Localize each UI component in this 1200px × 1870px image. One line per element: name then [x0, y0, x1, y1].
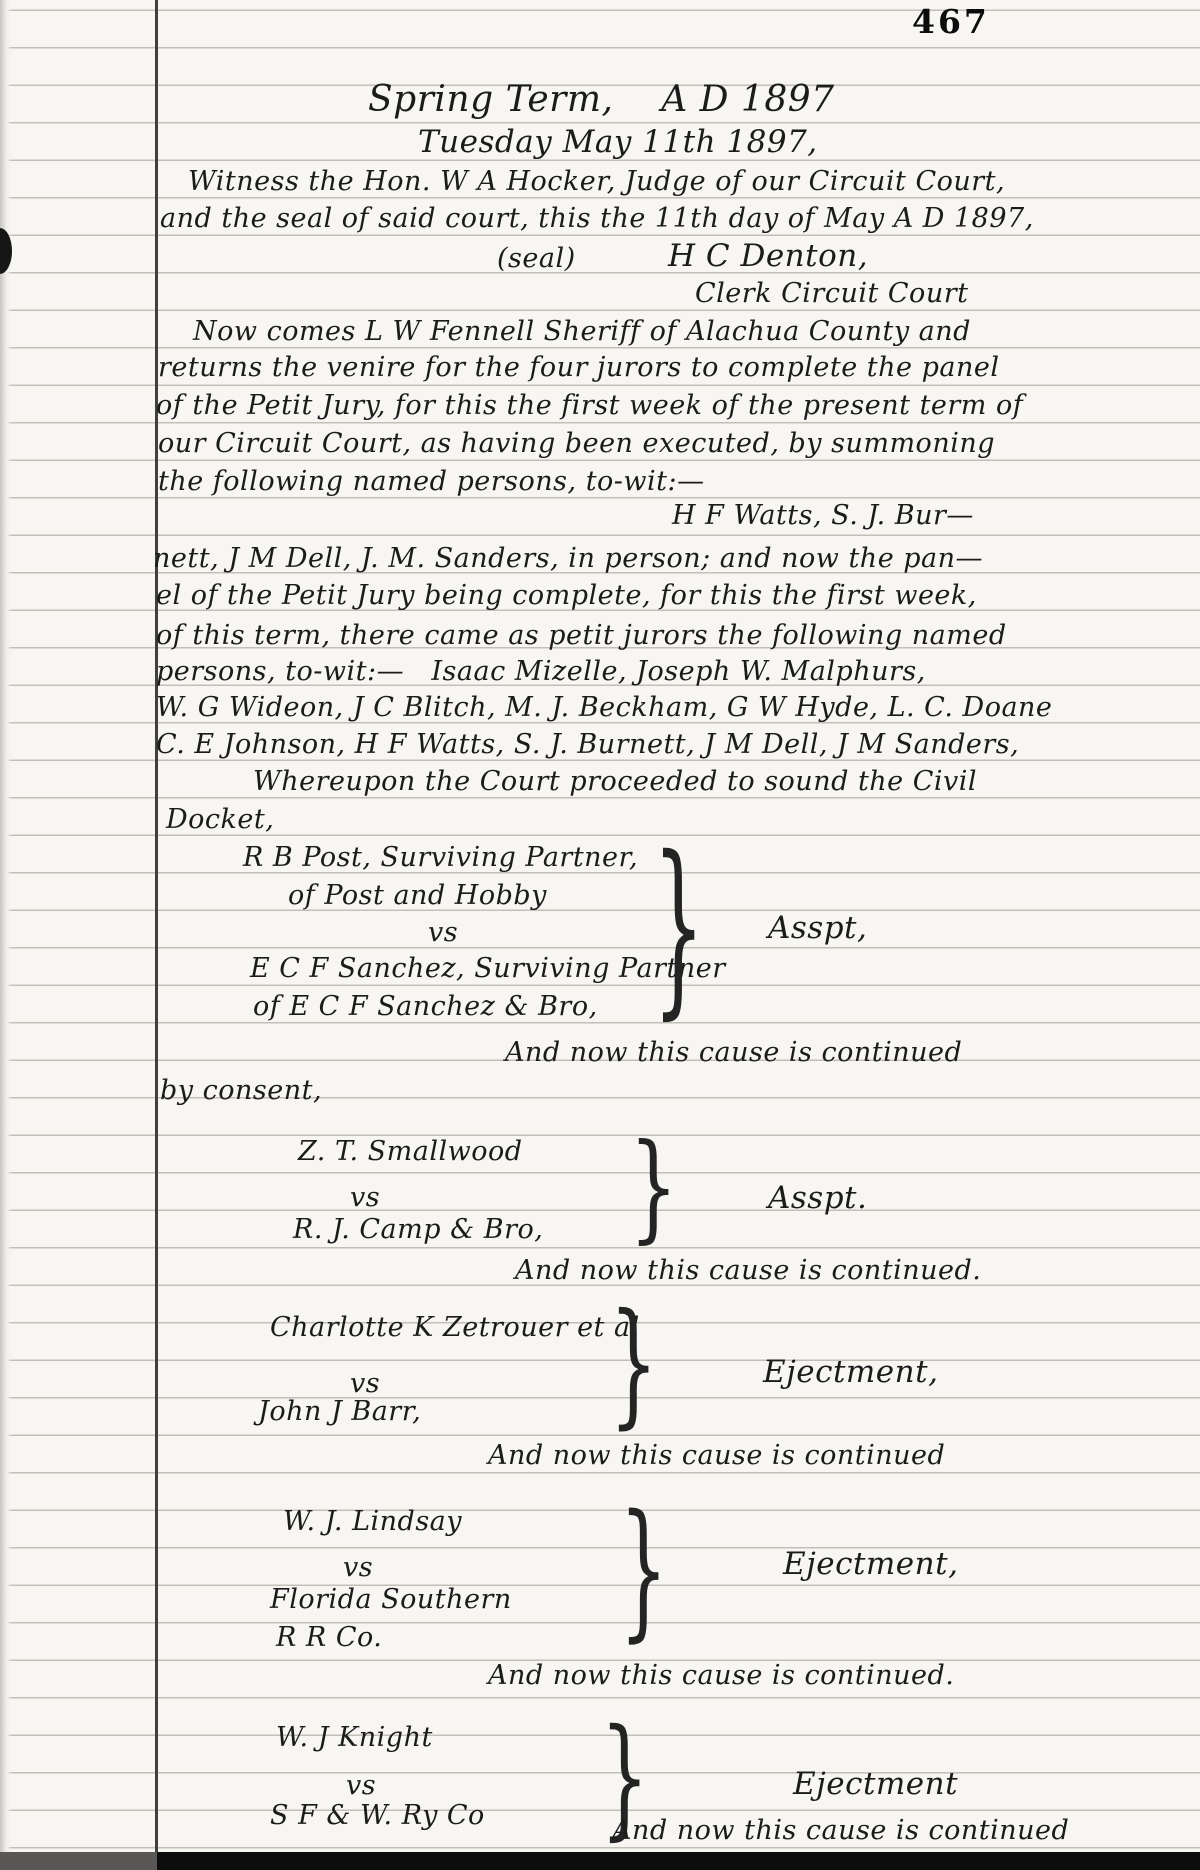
ledger-page: 467 Spring Term, A D 1897 Tuesday May 11…	[0, 0, 1200, 1870]
summoned-names-line: H F Watts, S. J. Bur—	[672, 500, 974, 532]
case-vs: vs	[350, 1182, 380, 1214]
case-action: Asspt,	[768, 910, 867, 947]
case-plaintiff: R B Post, Surviving Partner,	[243, 842, 638, 874]
case-defendant: of E C F Sanchez & Bro,	[253, 991, 598, 1023]
case-disposition: And now this cause is continued	[488, 1440, 945, 1472]
sheriff-return-line: the following named persons, to-wit:—	[158, 466, 705, 498]
sheriff-return-line: of the Petit Jury, for this the first we…	[156, 390, 1023, 422]
case-brace: }	[609, 1300, 658, 1428]
case-disposition: And now this cause is continued.	[488, 1660, 954, 1692]
case-action: Ejectment,	[763, 1354, 938, 1391]
clerk-title: Clerk Circuit Court	[695, 278, 968, 310]
case-disposition: And now this cause is continued	[612, 1815, 1069, 1847]
case-defendant: Florida Southern	[270, 1584, 512, 1616]
seal-note: (seal)	[497, 243, 576, 275]
clerk-signature: H C Denton,	[668, 238, 868, 275]
docket-intro-line: Whereupon the Court proceeded to sound t…	[253, 766, 977, 798]
case-plaintiff: Z. T. Smallwood	[298, 1136, 523, 1168]
witness-line-2: and the seal of said court, this the 11t…	[160, 203, 1034, 235]
jury-panel-line: nett, J M Dell, J. M. Sanders, in person…	[153, 543, 983, 575]
jury-panel-line: of this term, there came as petit jurors…	[156, 620, 1007, 652]
term-heading: Spring Term, A D 1897	[368, 78, 835, 121]
case-vs: vs	[343, 1552, 373, 1584]
page-left-edge	[0, 0, 12, 1852]
case-brace: }	[619, 1500, 668, 1641]
case-plaintiff: W. J Knight	[276, 1722, 433, 1754]
docket-intro-line: Docket,	[166, 804, 274, 836]
case-action: Ejectment	[793, 1766, 958, 1803]
case-disposition: And now this cause is continued.	[515, 1255, 981, 1287]
jury-panel-line: C. E Johnson, H F Watts, S. J. Burnett, …	[156, 729, 1019, 761]
witness-line-1: Witness the Hon. W A Hocker, Judge of ou…	[188, 166, 1005, 198]
case-vs: vs	[346, 1770, 376, 1802]
case-brace: }	[629, 1132, 678, 1243]
jury-panel-line: el of the Petit Jury being complete, for…	[156, 580, 977, 612]
case-disposition: by consent,	[160, 1075, 322, 1107]
ruled-lines	[0, 0, 1200, 1852]
sheriff-return-line: Now comes L W Fennell Sheriff of Alachua…	[193, 316, 971, 348]
scan-bottom-bar-left	[0, 1852, 157, 1870]
case-defendant: R R Co.	[276, 1622, 382, 1654]
jury-panel-line: W. G Wideon, J C Blitch, M. J. Beckham, …	[156, 692, 1052, 724]
case-plaintiff: Charlotte K Zetrouer et al	[270, 1312, 640, 1344]
case-plaintiff: W. J. Lindsay	[283, 1506, 462, 1538]
case-defendant: R. J. Camp & Bro,	[293, 1214, 543, 1246]
jury-panel-line: persons, to-wit:— Isaac Mizelle, Joseph …	[156, 656, 926, 688]
margin-rule	[155, 0, 158, 1852]
case-defendant: S F & W. Ry Co	[270, 1800, 485, 1832]
date-heading: Tuesday May 11th 1897,	[418, 124, 818, 161]
sheriff-return-line: our Circuit Court, as having been execut…	[158, 428, 995, 460]
case-brace: }	[653, 838, 705, 1018]
sheriff-return-line: returns the venire for the four jurors t…	[158, 352, 999, 384]
page-number: 467	[912, 2, 990, 41]
case-disposition: And now this cause is continued	[505, 1037, 962, 1069]
case-plaintiff: of Post and Hobby	[288, 880, 547, 912]
case-action: Asspt.	[768, 1180, 867, 1217]
case-action: Ejectment,	[783, 1546, 958, 1583]
case-vs: vs	[428, 917, 458, 949]
scan-bottom-bar	[0, 1852, 1200, 1870]
case-defendant: John J Barr,	[258, 1396, 421, 1428]
